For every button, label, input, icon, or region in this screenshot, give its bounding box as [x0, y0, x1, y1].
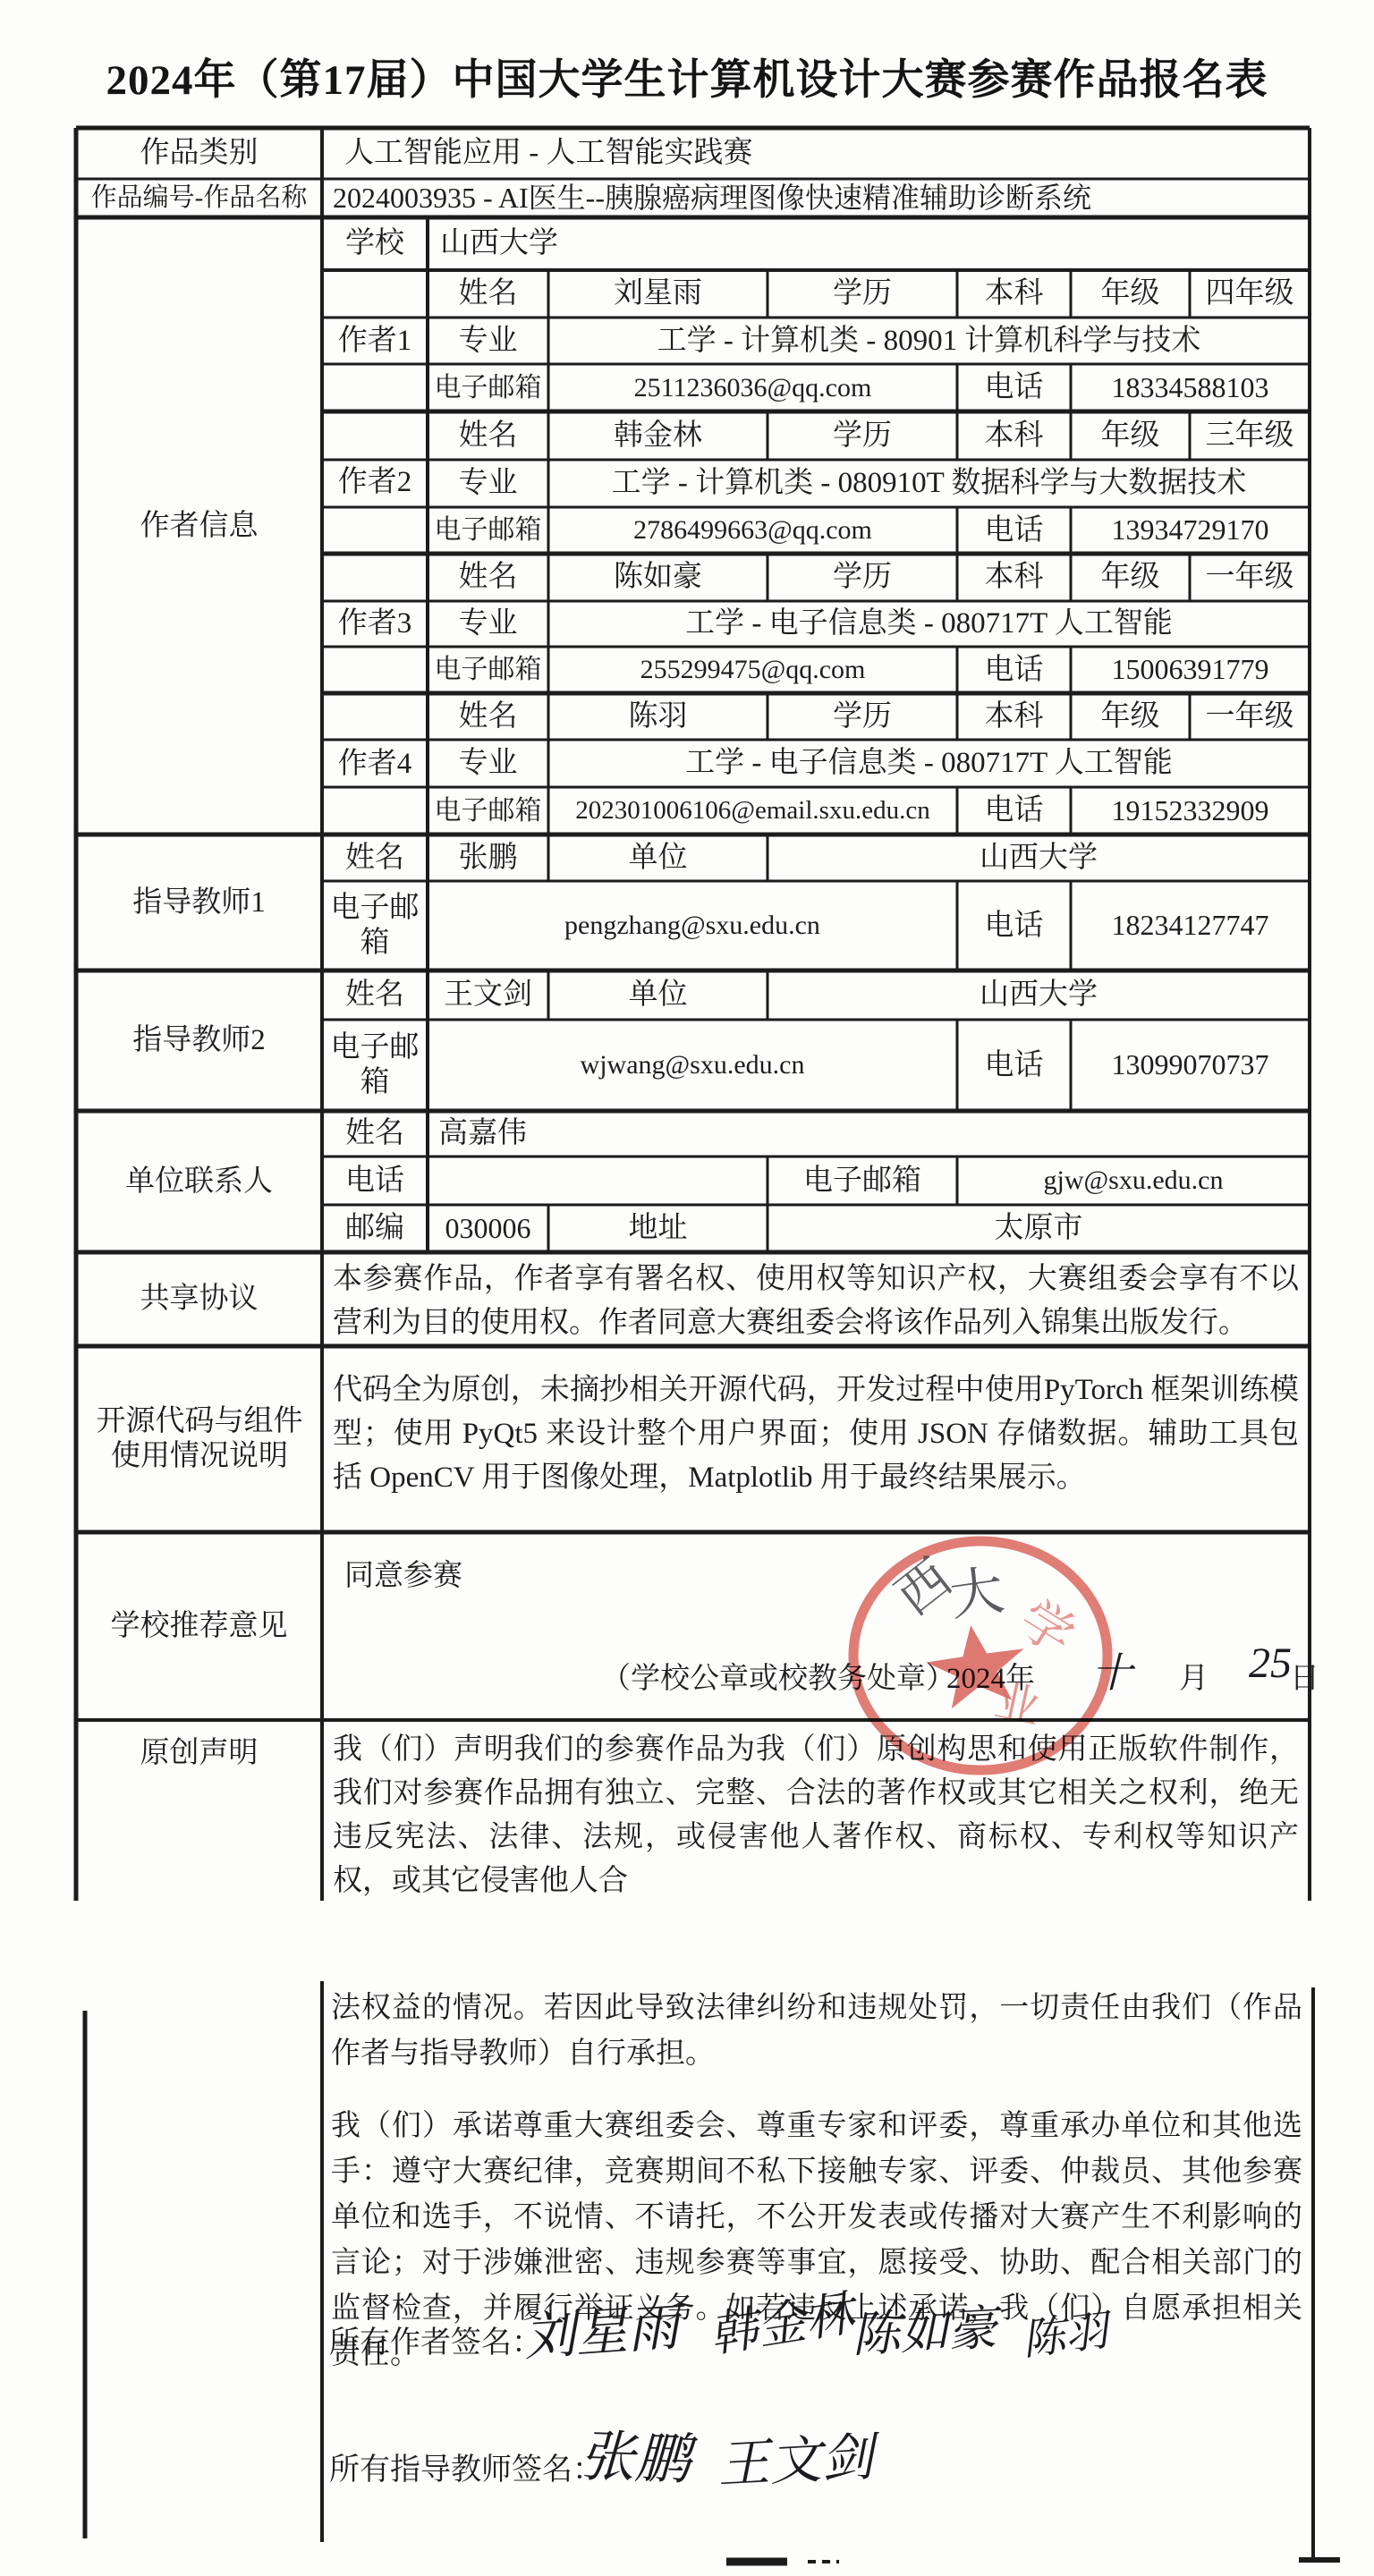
author2-phone-label: 电话	[957, 507, 1071, 554]
contact-email-label: 电子邮箱	[768, 1157, 957, 1205]
advisor2-name-value: 王文剑	[428, 970, 548, 1020]
advisor1-email-label: 电子邮箱	[329, 881, 420, 970]
advisor2-name-label: 姓名	[322, 970, 428, 1020]
opensource-text: 代码全为原创，未摘抄相关开源代码，开发过程中使用PyTorch 框架训练模型；使…	[333, 1368, 1299, 1516]
advisor2-email-label: 电子邮箱	[329, 1020, 420, 1111]
author2-grade-label: 年级	[1071, 411, 1190, 460]
author4-phone-value: 19152332909	[1071, 787, 1310, 835]
author2-email-value: 2786499663@qq.com	[548, 507, 957, 554]
declaration-label: 原创声明	[76, 1733, 322, 1773]
teacher-sign-label: 所有指导教师签名：	[329, 2451, 615, 2490]
opensource-label: 开源代码与组件使用情况说明	[88, 1346, 311, 1532]
author3-name-value: 陈如豪	[548, 554, 768, 601]
advisor1-phone-label: 电话	[957, 881, 1071, 970]
author3-major-label: 专业	[428, 601, 548, 647]
author3-degree-value: 本科	[957, 554, 1071, 601]
author-signature-3: 陈如豪	[850, 2290, 998, 2366]
author2-phone-value: 13934729170	[1071, 507, 1310, 554]
advisor2-phone-label: 电话	[957, 1020, 1071, 1111]
advisor2-label: 指导教师2	[76, 970, 322, 1111]
author1-name-label: 姓名	[428, 270, 548, 318]
author1-email-label: 电子邮箱	[428, 364, 548, 411]
contact-zip-value: 030006	[428, 1205, 548, 1252]
author4-grade-label: 年级	[1071, 693, 1190, 740]
contact-address-label: 地址	[548, 1205, 768, 1252]
author1-label: 作者1	[322, 270, 428, 411]
work-id-label: 作品编号-作品名称	[76, 179, 322, 217]
teacher-signature-1: 张鹏	[578, 2411, 691, 2495]
contact-address-value: 太原市	[768, 1205, 1310, 1252]
author3-phone-value: 15006391779	[1071, 647, 1310, 693]
author1-degree-value: 本科	[957, 270, 1071, 318]
recommendation-label: 学校推荐意见	[76, 1532, 322, 1720]
author3-label: 作者3	[322, 554, 428, 693]
category-value: 人工智能应用 - 人工智能实践赛	[344, 128, 1310, 179]
declaration-text: 我（们）声明我们的参赛作品为我（们）原创构思和使用正版软件制作，我们对参赛作品拥…	[333, 1728, 1299, 1896]
handwritten-day: 25	[1249, 1639, 1292, 1688]
author4-major-label: 专业	[428, 740, 548, 787]
author3-grade-label: 年级	[1071, 554, 1190, 601]
school-value: 山西大学	[440, 217, 1310, 270]
author3-major-value: 工学 - 电子信息类 - 080717T 人工智能	[548, 601, 1310, 647]
author4-grade-value: 一年级	[1190, 693, 1310, 740]
author3-email-value: 255299475@qq.com	[548, 647, 957, 693]
university-stamp: 西 大 学 业	[832, 1512, 1136, 1816]
author2-degree-value: 本科	[957, 411, 1071, 460]
author2-label: 作者2	[322, 411, 428, 554]
author4-label: 作者4	[322, 693, 428, 835]
contact-zip-label: 邮编	[322, 1205, 428, 1252]
date-month-unit: 月	[1179, 1655, 1209, 1697]
author4-name-label: 姓名	[428, 693, 548, 740]
agreement-text: 本参赛作品，作者享有署名权、使用权等知识产权，大赛组委会享有不以营利为目的使用权…	[333, 1258, 1299, 1342]
author1-grade-label: 年级	[1071, 270, 1190, 318]
author4-major-value: 工学 - 电子信息类 - 080717T 人工智能	[548, 740, 1310, 787]
author4-name-value: 陈羽	[548, 693, 768, 740]
author-signature-4: 陈羽	[1018, 2295, 1111, 2367]
advisor1-name-label: 姓名	[322, 835, 428, 881]
advisor1-email-value: pengzhang@sxu.edu.cn	[428, 881, 957, 970]
author1-degree-label: 学历	[768, 270, 957, 318]
advisor1-label: 指导教师1	[76, 835, 322, 970]
author4-phone-label: 电话	[957, 787, 1071, 835]
advisor2-phone-value: 13099070737	[1071, 1020, 1310, 1111]
author2-name-label: 姓名	[428, 411, 548, 460]
author4-email-value: 202301006106@email.sxu.edu.cn	[548, 787, 957, 835]
author4-email-label: 电子邮箱	[428, 787, 548, 835]
teacher-signature-2: 王文剑	[716, 2415, 875, 2498]
author4-degree-value: 本科	[957, 693, 1071, 740]
page2-paragraph-1: 法权益的情况。若因此导致法律纠纷和违规处罚，一切责任由我们（作品作者与指导教师）…	[331, 1986, 1302, 2077]
author3-email-label: 电子邮箱	[428, 647, 548, 693]
author-signature-1: 刘星雨	[521, 2284, 681, 2370]
stamp-char-da: 大	[946, 1561, 1008, 1627]
author3-grade-value: 一年级	[1190, 554, 1310, 601]
author-info-label: 作者信息	[76, 217, 322, 835]
advisor1-unit-value: 山西大学	[768, 835, 1310, 881]
author3-phone-label: 电话	[957, 647, 1071, 693]
author1-major-value: 工学 - 计算机类 - 80901 计算机科学与技术	[548, 318, 1310, 364]
stamp-char-xue: 学	[1009, 1589, 1084, 1666]
author1-phone-value: 18334588103	[1071, 364, 1310, 411]
author1-name-value: 刘星雨	[548, 270, 768, 318]
stamp-char-bottom: 业	[990, 1675, 1045, 1733]
author2-degree-label: 学历	[768, 411, 957, 460]
author1-email-value: 2511236036@qq.com	[548, 364, 957, 411]
contact-name-label: 姓名	[322, 1111, 428, 1157]
school-label: 学校	[322, 217, 428, 270]
recommendation-opinion: 同意参赛	[344, 1556, 702, 1596]
author2-email-label: 电子邮箱	[428, 507, 548, 554]
advisor1-name-value: 张鹏	[428, 835, 548, 881]
scanned-registration-form: 2024年（第17届）中国大学生计算机设计大赛参赛作品报名表	[0, 0, 1374, 2576]
author4-degree-label: 学历	[768, 693, 957, 740]
advisor1-unit-label: 单位	[548, 835, 768, 881]
author3-degree-label: 学历	[768, 554, 957, 601]
contact-email-value: gjw@sxu.edu.cn	[957, 1157, 1310, 1205]
date-day-unit: 日	[1290, 1655, 1319, 1697]
author2-major-value: 工学 - 计算机类 - 080910T 数据科学与大数据技术	[548, 460, 1310, 507]
author3-name-label: 姓名	[428, 554, 548, 601]
agreement-label: 共享协议	[76, 1252, 322, 1346]
advisor2-unit-label: 单位	[548, 970, 768, 1020]
author1-grade-value: 四年级	[1190, 270, 1310, 318]
contact-phone-value	[428, 1157, 768, 1205]
advisor1-phone-value: 18234127747	[1071, 881, 1310, 970]
author1-phone-label: 电话	[957, 364, 1071, 411]
work-id-value: 2024003935 - AI医生--胰腺癌病理图像快速精准辅助诊断系统	[333, 179, 1310, 217]
author2-name-value: 韩金林	[548, 411, 768, 460]
contact-phone-label: 电话	[322, 1157, 428, 1205]
author2-major-label: 专业	[428, 460, 548, 507]
advisor2-email-value: wjwang@sxu.edu.cn	[428, 1020, 957, 1111]
contact-name-value: 高嘉伟	[438, 1111, 1310, 1157]
category-label: 作品类别	[76, 128, 322, 179]
author2-grade-value: 三年级	[1190, 411, 1310, 460]
contact-label: 单位联系人	[76, 1111, 322, 1252]
author1-major-label: 专业	[428, 318, 548, 364]
advisor2-unit-value: 山西大学	[768, 970, 1310, 1020]
